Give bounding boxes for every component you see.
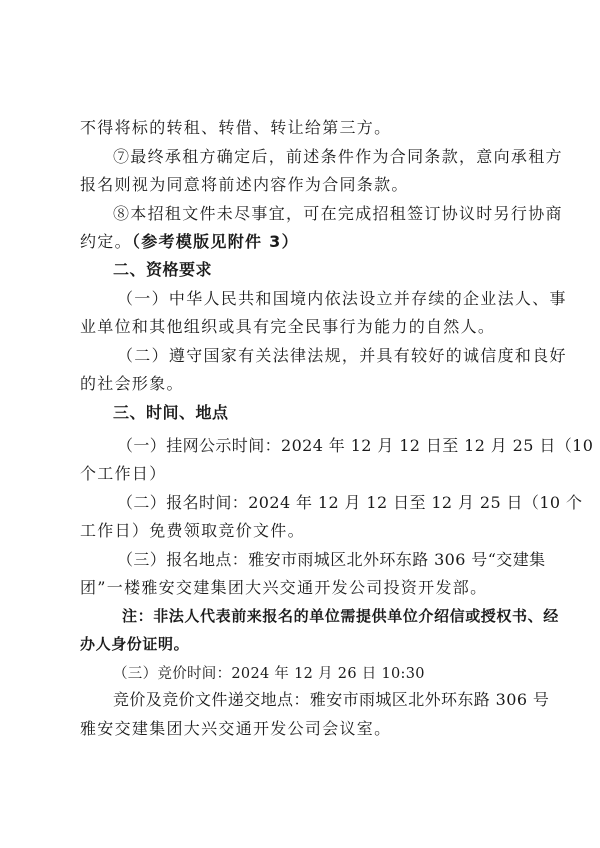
publicity-period-line-1: （一）挂网公示时间：2024 年 12 月 12 日至 12 月 25 日（10 (117, 436, 530, 456)
clause-8-line-1: ⑧本招租文件未尽事宜，可在完成招租签订协议时另行协商 (113, 204, 530, 224)
registration-time-line-1: （二）报名时间：2024 年 12 月 12 日至 12 月 25 日（10 个 (117, 493, 530, 513)
qualification-1-line-2: 业单位和其他组织或具有完全民事行为能力的自然人。 (80, 317, 530, 337)
registration-location-line-1: （三）报名地点：雅安市雨城区北外环东路 306 号“交建集 (117, 550, 530, 570)
note-line-2: 办人身份证明。 (80, 634, 530, 654)
bidding-location-line-1: 竞价及竞价文件递交地点：雅安市雨城区北外环东路 306 号 (113, 690, 530, 710)
qualification-1-line-1: （一）中华人民共和国境内依法设立并存续的企业法人、事 (117, 289, 530, 309)
note-line-1: 注：非法人代表前来报名的单位需提供单位介绍信或授权书、经 (122, 606, 530, 626)
section-heading-time-location: 三、时间、地点 (113, 403, 563, 423)
clause-8-text: 约定。 (80, 232, 132, 251)
qualification-2-line-2: 的社会形象。 (80, 374, 530, 394)
clause-7-line-1: ⑦最终承租方确定后，前述条件作为合同条款，意向承租方 (113, 147, 530, 167)
registration-location-line-2: 团”一楼雅安交建集团大兴交通开发公司投资开发部。 (80, 578, 530, 598)
document-page: 不得将标的转租、转借、转让给第三方。 ⑦最终承租方确定后，前述条件作为合同条款，… (0, 0, 600, 848)
section-heading-qualifications: 二、资格要求 (113, 260, 563, 280)
qualification-2-line-1: （二）遵守国家有关法律法规，并具有较好的诚信度和良好 (117, 346, 530, 366)
paragraph-line: 不得将标的转租、转借、转让给第三方。 (80, 118, 530, 138)
bidding-time: （三）竞价时间：2024 年 12 月 26 日 10:30 (113, 664, 563, 684)
registration-time-line-2: 工作日）免费领取竞价文件。 (80, 521, 530, 541)
publicity-period-line-2: 个工作日） (80, 464, 530, 484)
clause-7-line-2: 报名则视为同意将前述内容作为合同条款。 (80, 175, 530, 195)
clause-8-line-2: 约定。（参考模版见附件 3） (80, 232, 530, 252)
attachment-reference: （参考模版见附件 3） (132, 232, 299, 251)
bidding-location-line-2: 雅安交建集团大兴交通开发公司会议室。 (80, 719, 530, 739)
